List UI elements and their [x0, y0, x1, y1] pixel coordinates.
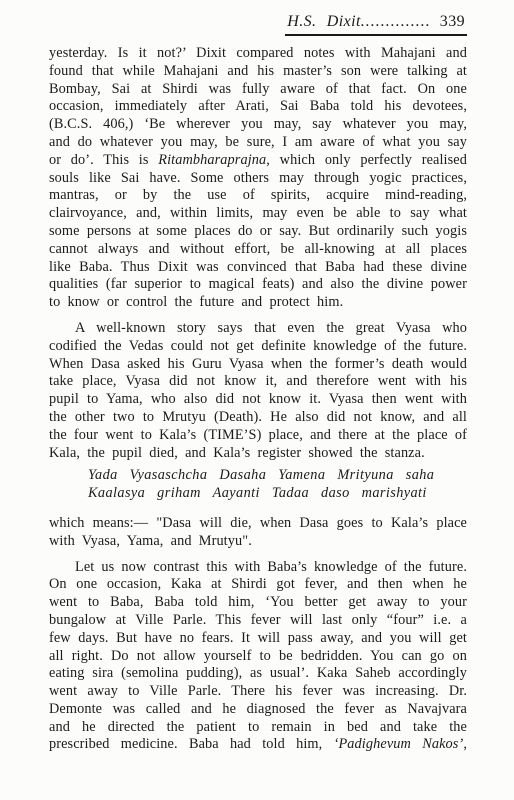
text-line: Kala, the pupil died, and Kala’s registe…: [49, 445, 467, 463]
paragraph: which means:— "Dasa will die, when Dasa …: [49, 515, 467, 551]
text-line: went away to Ville Parle. There his feve…: [49, 683, 467, 701]
text-line: which means:— "Dasa will die, when Dasa …: [49, 515, 467, 533]
text-line: codified the Vedas could not get definit…: [49, 338, 467, 356]
text-line: pupil to Yama, who also did not know it.…: [49, 391, 467, 409]
text-line: (B.C.S. 406,) ‘Be wherever you may, say …: [49, 116, 467, 134]
text-line: Let us now contrast this with Baba’s kno…: [49, 559, 467, 577]
text-line: and he directed the patient to remain in…: [49, 719, 467, 737]
text-line: Bombay, Sai at Shirdi was fully aware of…: [49, 81, 467, 99]
text-line: the four went to Kala’s (TIME’S) place, …: [49, 427, 467, 445]
text-line: cannot always and without effort, be all…: [49, 241, 467, 259]
text-line: or do’. This is Ritambharaprajna, which …: [49, 152, 467, 170]
text-line: found that while Mahajani and his master…: [49, 63, 467, 81]
running-head: H.S. Dixit..............339: [285, 13, 467, 36]
text-line: Kaalasya griham Aayanti Tadaa daso maris…: [88, 485, 467, 503]
page-header: H.S. Dixit..............339: [49, 13, 467, 36]
text-line: and do whatever you may, be sure, I am a…: [49, 134, 467, 152]
text-line: like Baba. Thus Dixit was convinced that…: [49, 259, 467, 277]
text-line: clairvoyance, and, within limits, may ev…: [49, 205, 467, 223]
text-line: some persons at some places do or say. B…: [49, 223, 467, 241]
paragraph: Let us now contrast this with Baba’s kno…: [49, 559, 467, 755]
running-head-title: H.S. Dixit: [287, 13, 361, 30]
text-line: with Vyasa, Yama, and Mrutyu".: [49, 533, 467, 551]
text-line: eating sira (semolina pudding), as usual…: [49, 665, 467, 683]
text-line: to know or control the future and protec…: [49, 294, 467, 312]
paragraph: A well-known story says that even the gr…: [49, 320, 467, 462]
text-line: souls like Sai have. Some others may thr…: [49, 170, 467, 188]
text-line: the other two to Mrutyu (Death). He also…: [49, 409, 467, 427]
running-head-dots: ..............: [361, 13, 431, 30]
text-line: yesterday. Is it not?’ Dixit compared no…: [49, 45, 467, 63]
text-line: occasion, immediately after Arati, Sai B…: [49, 98, 467, 116]
page-body: yesterday. Is it not?’ Dixit compared no…: [49, 45, 467, 754]
text-line: went to Baba, Baba told him, ‘You better…: [49, 594, 467, 612]
text-line: When Dasa asked his Guru Vyasa when the …: [49, 356, 467, 374]
text-line: mantras, or by the use of spirits, acqui…: [49, 187, 467, 205]
page-number: 339: [440, 13, 465, 30]
text-line: Demonte was called and he diagnosed the …: [49, 701, 467, 719]
text-line: few days. But have no fears. It will pas…: [49, 630, 467, 648]
book-page: H.S. Dixit..............339 yesterday. I…: [0, 0, 514, 800]
text-line: qualities (far superior to magical feats…: [49, 276, 467, 294]
paragraph: yesterday. Is it not?’ Dixit compared no…: [49, 45, 467, 312]
text-line: all right. Do not allow yourself to be b…: [49, 648, 467, 666]
text-line: bungalow at Ville Parle. This fever will…: [49, 612, 467, 630]
text-line: prescribed medicine. Baba had told him, …: [49, 736, 467, 754]
text-line: Yada Vyasaschcha Dasaha Yamena Mrityuna …: [88, 467, 467, 485]
text-line: A well-known story says that even the gr…: [49, 320, 467, 338]
text-line: On one occasion, Kaka at Shirdi got feve…: [49, 576, 467, 594]
text-line: take place, Vyasa did not know it, and t…: [49, 373, 467, 391]
verse-block: Yada Vyasaschcha Dasaha Yamena Mrityuna …: [88, 467, 467, 503]
